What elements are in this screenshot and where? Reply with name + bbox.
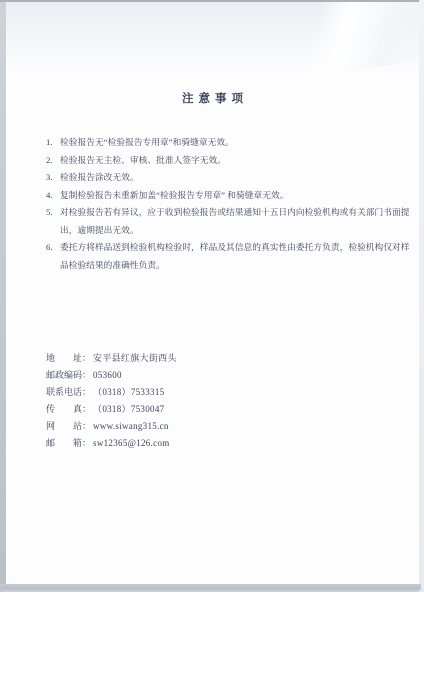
contact-value: 053600 [93,367,122,384]
contact-label: 邮政编码： [46,367,91,384]
notice-item: 6. 委托方将样品送到检验机构检验时，样品及其信息的真实性由委托方负责，检验机构… [46,239,413,274]
contact-value: （0318）7530047 [93,401,164,418]
contact-label: 网 站： [46,418,91,435]
paper-crease [241,2,419,86]
scan-shadow-bottom [0,584,421,592]
notice-item: 3. 检验报告涂改无效。 [46,169,413,187]
contact-value: sw12365@126.com [93,435,170,452]
notice-item-number: 3. [46,169,60,187]
notice-item-text: 检验报告无“检验报告专用章”和骑缝章无效。 [60,134,413,152]
notice-item-text: 复制检验报告未重新加盖“检验报告专用章” 和骑缝章无效。 [60,187,413,205]
contact-row-address: 地 址： 安平县红旗大街西头 [46,350,177,367]
contact-row-postal-code: 邮政编码： 053600 [46,367,177,384]
notice-item: 1. 检验报告无“检验报告专用章”和骑缝章无效。 [46,134,413,152]
notice-item-text: 检验报告无主检、审核、批准人签字无效。 [60,152,413,170]
notice-list: 1. 检验报告无“检验报告专用章”和骑缝章无效。 2. 检验报告无主检、审核、批… [46,134,413,274]
notice-item-text: 委托方将样品送到检验机构检验时，样品及其信息的真实性由委托方负责，检验机构仅对样… [60,239,413,274]
contact-value: www.siwang315.cn [93,418,169,435]
contact-row-email: 邮 箱： sw12365@126.com [46,435,177,452]
document-title: 注意事项 [6,93,419,106]
notice-item: 4. 复制检验报告未重新加盖“检验报告专用章” 和骑缝章无效。 [46,187,413,205]
notice-item: 2. 检验报告无主检、审核、批准人签字无效。 [46,152,413,170]
notice-item-number: 2. [46,152,60,170]
scan-edge-top [0,0,424,2]
contact-value: （0318）7533315 [93,384,164,401]
contact-label: 传 真： [46,401,91,418]
contact-row-fax: 传 真： （0318）7530047 [46,401,177,418]
contact-label: 联系电话： [46,384,91,401]
notice-item-number: 6. [46,239,60,274]
notice-item-text: 对检验报告若有异议，应于收到检验报告或结果通知十五日内向检验机构或有关部门书面提… [60,204,413,239]
notice-item-number: 5. [46,204,60,239]
scan-edge-left [0,0,6,592]
contact-label: 邮 箱： [46,435,91,452]
contact-block: 地 址： 安平县红旗大街西头 邮政编码： 053600 联系电话： （0318）… [46,350,177,452]
scanned-page-canvas: 注意事项 1. 检验报告无“检验报告专用章”和骑缝章无效。 2. 检验报告无主检… [0,0,424,700]
notice-item-text: 检验报告涂改无效。 [60,169,413,187]
contact-row-website: 网 站： www.siwang315.cn [46,418,177,435]
contact-label: 地 址： [46,350,91,367]
scan-edge-right [419,0,424,592]
contact-value: 安平县红旗大街西头 [93,350,177,367]
notice-item: 5. 对检验报告若有异议，应于收到检验报告或结果通知十五日内向检验机构或有关部门… [46,204,413,239]
notice-item-number: 1. [46,134,60,152]
contact-row-phone: 联系电话： （0318）7533315 [46,384,177,401]
notice-item-number: 4. [46,187,60,205]
document-paper: 注意事项 1. 检验报告无“检验报告专用章”和骑缝章无效。 2. 检验报告无主检… [6,2,419,584]
